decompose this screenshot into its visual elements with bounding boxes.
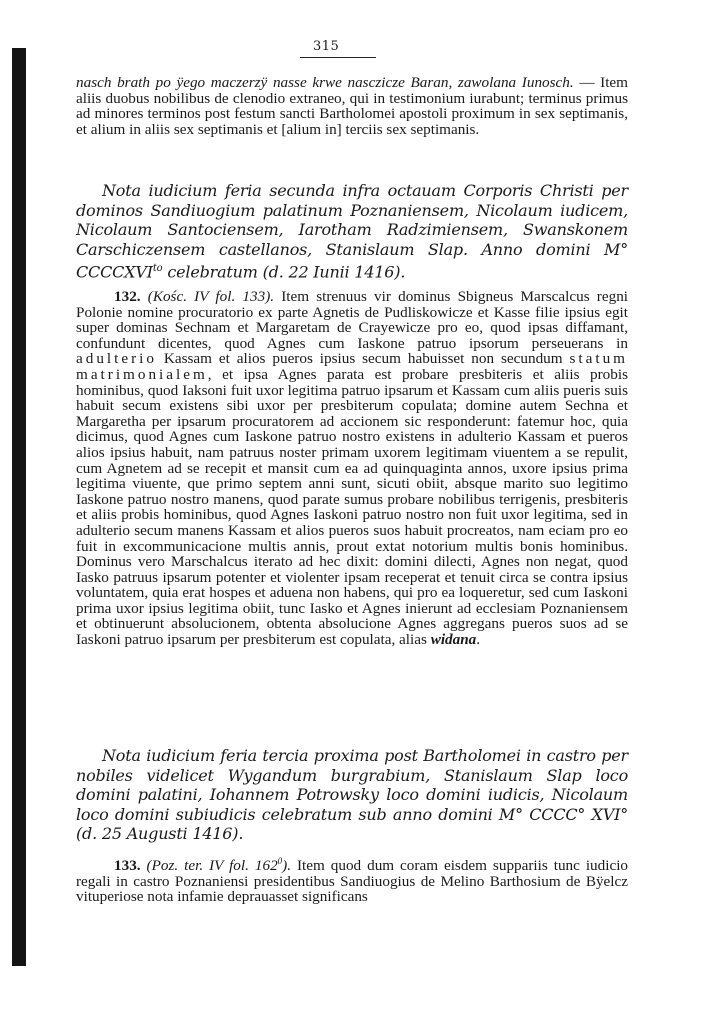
- emphasis-spaced: adulterio: [76, 350, 157, 367]
- scan-binding-edge: [12, 48, 26, 966]
- entry-133: 133. (Poz. ter. IV fol. 1620). Item quod…: [76, 854, 628, 905]
- entry-text: Kassam et alios pueros ipsius secum habu…: [157, 350, 570, 367]
- source-text: ).: [282, 857, 291, 874]
- entry-source: (Kośc. IV fol. 133).: [148, 288, 274, 305]
- source-text: (Poz. ter. IV fol. 162: [147, 857, 278, 874]
- entry-text: , et ipsa Agnes parata est probare presb…: [76, 366, 628, 648]
- entry-132: 132. (Kośc. IV fol. 133). Item strenuus …: [76, 289, 628, 648]
- page-number-rule: [300, 57, 376, 58]
- continuation-paragraph: nasch brath po ÿego maczerzÿ nasse krwe …: [76, 75, 628, 137]
- page-number: 315: [313, 39, 339, 54]
- section-heading-2: Nota iudicium feria tercia proxima post …: [76, 746, 628, 844]
- entry-text: .: [476, 631, 480, 648]
- heading-text: Nota iudicium feria tercia proxima post …: [76, 746, 628, 843]
- polish-quote: nasch brath po ÿego maczerzÿ nasse krwe …: [76, 74, 574, 91]
- entry-source: (Poz. ter. IV fol. 1620).: [147, 857, 291, 874]
- polish-word: widana: [431, 631, 477, 648]
- section-heading-1: Nota iudicium feria secunda infra octaua…: [76, 181, 628, 282]
- entry-number: 132.: [114, 288, 141, 305]
- heading-date: celebratum (d. 22 Iunii 1416).: [162, 262, 405, 281]
- entry-number: 133.: [114, 857, 141, 874]
